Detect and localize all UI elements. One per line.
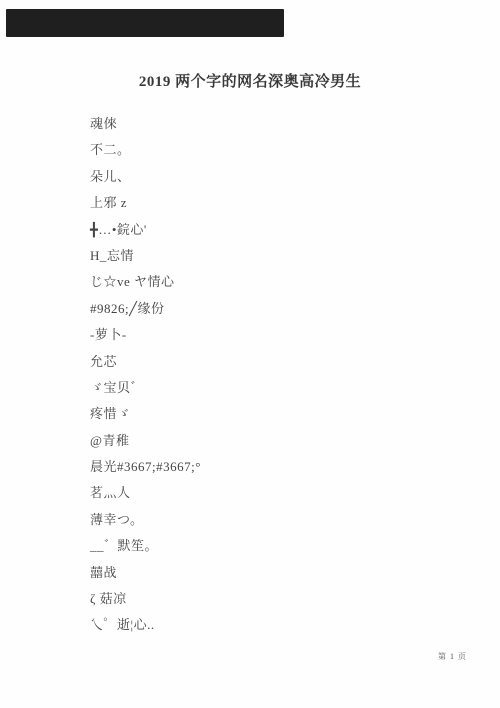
name-list-item: じ☆ve ヤ情心 (90, 269, 420, 295)
name-list-item: 上邪 z (90, 190, 420, 216)
name-list-item: @青稚 (90, 428, 420, 454)
name-list-item: ゞ宝贝゛ (90, 375, 420, 401)
name-list-item: ╋…•鋎心' (90, 217, 420, 243)
name-list-item: 允芯 (90, 349, 420, 375)
page-title: 2019 两个字的网名深奥高冷男生 (0, 70, 500, 91)
top-banner (6, 9, 284, 37)
name-list-item: 晨光#3667;#3667;° (90, 454, 420, 480)
name-list-item: 茗灬人 (90, 480, 420, 506)
name-list-item: 不二。 (90, 137, 420, 163)
page-number: 第 1 页 (438, 651, 467, 662)
name-list-item: 魂倈 (90, 111, 420, 137)
name-list-item: 朵儿、 (90, 164, 420, 190)
name-list-item: 囍战 (90, 560, 420, 586)
document-page: 2019 两个字的网名深奥高冷男生 魂倈不二。朵儿、上邪 z╋…•鋎心'H_忘情… (0, 0, 500, 708)
name-list: 魂倈不二。朵儿、上邪 z╋…•鋎心'H_忘情じ☆ve ヤ情心#9826;╱缘份-… (90, 111, 420, 639)
name-list-item: H_忘情 (90, 243, 420, 269)
name-list-item: #9826;╱缘份 (90, 296, 420, 322)
name-list-item: ζ 菇凉 (90, 586, 420, 612)
name-list-item: 乀゜逝¦心.. (90, 612, 420, 638)
name-list-item: __゛默笙。 (90, 533, 420, 559)
name-list-item: -萝卜- (90, 322, 420, 348)
name-list-item: 薄幸つ。 (90, 507, 420, 533)
name-list-item: 疼惜ゞ (90, 401, 420, 427)
